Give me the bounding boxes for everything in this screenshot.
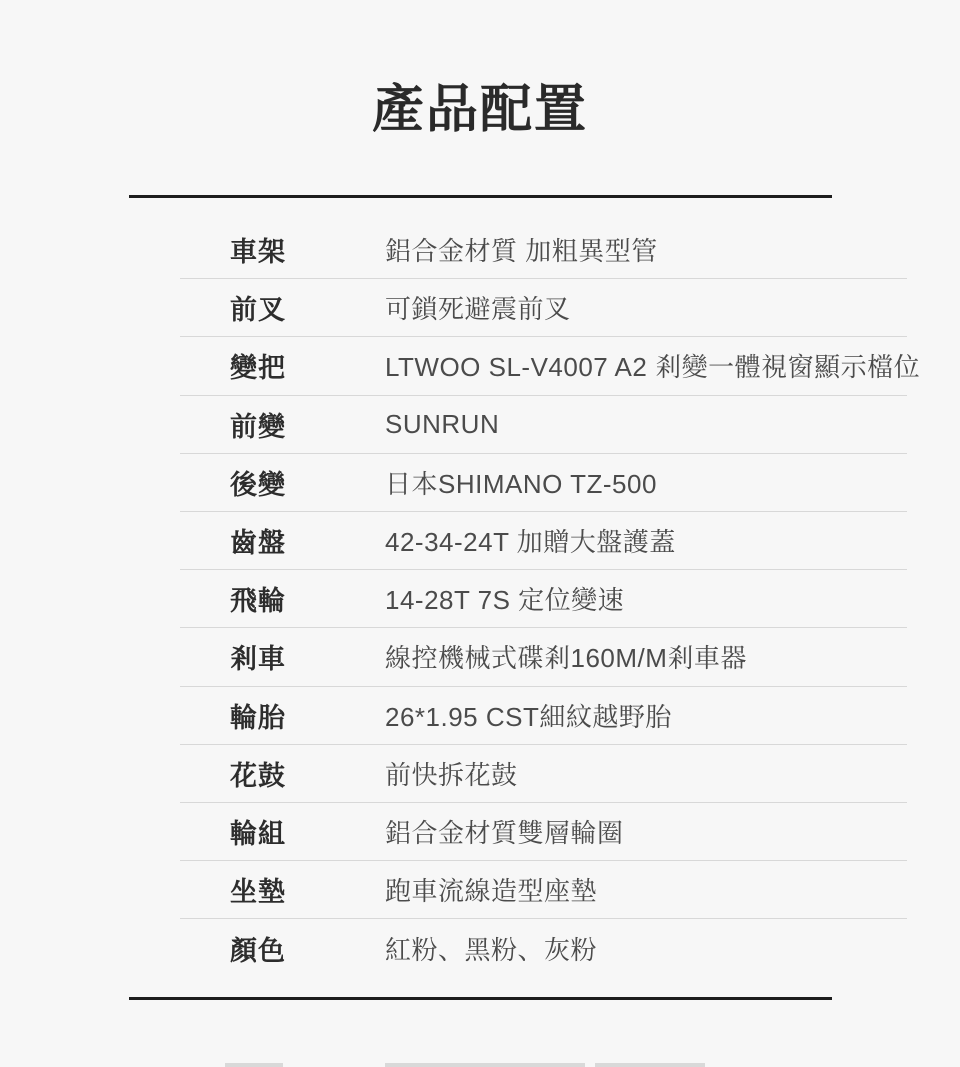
spec-value: 紅粉、黑粉、灰粉 bbox=[385, 930, 597, 967]
spec-row: 飛輪14-28T 7S 定位變速 bbox=[180, 570, 907, 628]
next-section-cutoff bbox=[385, 1063, 585, 1067]
spec-label: 車架 bbox=[180, 230, 385, 269]
spec-value: 26*1.95 CST細紋越野胎 bbox=[385, 697, 672, 734]
spec-label: 前變 bbox=[180, 405, 385, 444]
spec-label: 變把 bbox=[180, 346, 385, 385]
spec-value: 鋁合金材質雙層輪圈 bbox=[385, 813, 624, 850]
spec-value: 日本SHIMANO TZ-500 bbox=[385, 464, 657, 501]
spec-row: 花鼓前快拆花鼓 bbox=[180, 745, 907, 803]
spec-label: 飛輪 bbox=[180, 579, 385, 618]
spec-row: 剎車線控機械式碟剎160M/M剎車器 bbox=[180, 628, 907, 686]
spec-value: 42-34-24T 加贈大盤護蓋 bbox=[385, 522, 676, 559]
spec-value: 可鎖死避震前叉 bbox=[385, 289, 571, 326]
spec-label: 剎車 bbox=[180, 637, 385, 676]
spec-row: 坐墊跑車流線造型座墊 bbox=[180, 861, 907, 919]
spec-row: 顏色紅粉、黑粉、灰粉 bbox=[180, 919, 907, 977]
bottom-divider-rule bbox=[129, 997, 832, 1000]
spec-value: LTWOO SL-V4007 A2 剎變一體視窗顯示檔位 bbox=[385, 347, 920, 384]
spec-label: 坐墊 bbox=[180, 870, 385, 909]
spec-label: 輪組 bbox=[180, 812, 385, 851]
spec-table: 車架鋁合金材質 加粗異型管前叉可鎖死避震前叉變把LTWOO SL-V4007 A… bbox=[180, 197, 907, 977]
next-section-cutoff bbox=[225, 1063, 283, 1067]
spec-label: 花鼓 bbox=[180, 754, 385, 793]
spec-label: 齒盤 bbox=[180, 521, 385, 560]
spec-label: 前叉 bbox=[180, 288, 385, 327]
spec-value: 前快拆花鼓 bbox=[385, 755, 518, 792]
spec-row: 變把LTWOO SL-V4007 A2 剎變一體視窗顯示檔位 bbox=[180, 337, 907, 395]
spec-label: 顏色 bbox=[180, 929, 385, 968]
spec-value: 跑車流線造型座墊 bbox=[385, 871, 597, 908]
spec-row: 輪組鋁合金材質雙層輪圈 bbox=[180, 803, 907, 861]
spec-label: 後變 bbox=[180, 463, 385, 502]
spec-row: 前變SUNRUN bbox=[180, 396, 907, 454]
spec-row: 後變日本SHIMANO TZ-500 bbox=[180, 454, 907, 512]
spec-value: 線控機械式碟剎160M/M剎車器 bbox=[385, 638, 747, 675]
spec-row: 齒盤42-34-24T 加贈大盤護蓋 bbox=[180, 512, 907, 570]
page-title: 產品配置 bbox=[0, 82, 960, 139]
spec-row: 車架鋁合金材質 加粗異型管 bbox=[180, 221, 907, 279]
spec-value: 14-28T 7S 定位變速 bbox=[385, 580, 624, 617]
next-section-cutoff bbox=[595, 1063, 705, 1067]
spec-row: 前叉可鎖死避震前叉 bbox=[180, 279, 907, 337]
spec-value: SUNRUN bbox=[385, 409, 499, 440]
spec-value: 鋁合金材質 加粗異型管 bbox=[385, 231, 658, 268]
spec-label: 輪胎 bbox=[180, 696, 385, 735]
spec-row: 輪胎26*1.95 CST細紋越野胎 bbox=[180, 687, 907, 745]
